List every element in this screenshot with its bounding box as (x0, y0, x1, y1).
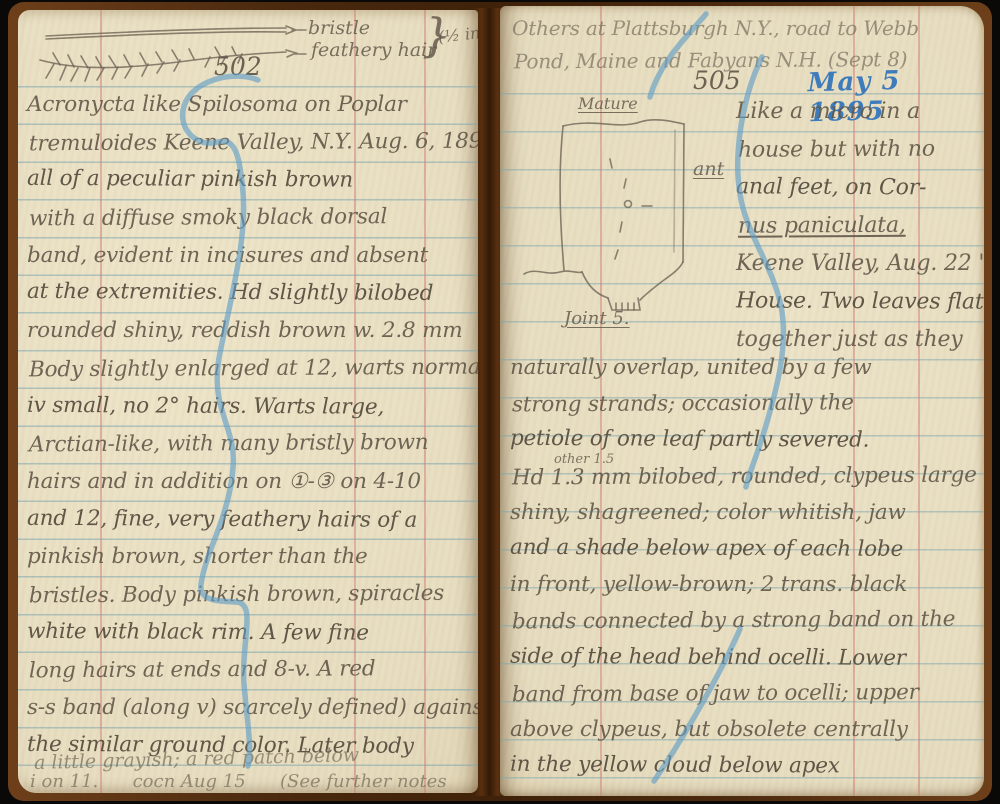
page-right: Others at Plattsburgh N.Y., road to Webb… (500, 6, 984, 796)
page-left: bristle feathery hair } (½ inch) 502 Acr… (18, 10, 478, 793)
handwriting-line: anal feet, on Cor- (736, 168, 984, 207)
handwriting-line: and 12, fine, very feathery hairs of a (27, 499, 478, 539)
page-number-502: 502 (214, 52, 262, 81)
handwriting-line: white with black rim. A few fine (27, 612, 478, 652)
right-page-text: naturally overlap, united by a fewstrong… (510, 350, 984, 784)
handwriting-line: rounded shiny, reddish brown w. 2.8 mm (27, 312, 478, 350)
page-number-505: 505 (693, 66, 741, 95)
handwriting-line: petiole of one leaf partly severed. (510, 421, 984, 460)
right-page-column-text: Like a micro in ahouse but with noanal f… (736, 93, 984, 359)
handwriting-line: band, evident in incisures and absent (27, 237, 478, 275)
handwriting-line: side of the head behind ocelli. Lower (510, 638, 984, 677)
notebook-scan: bristle feathery hair } (½ inch) 502 Acr… (0, 0, 1000, 804)
handwriting-line: at the extremities. Hd slightly bilobed (27, 273, 478, 313)
larva-joint-sketch (516, 104, 741, 339)
handwriting-line: iv small, no 2° hairs. Warts large, (27, 386, 478, 426)
handwriting-line: Body slightly enlarged at 12, warts norm… (29, 348, 478, 388)
handwriting-line: house but with no (738, 130, 984, 170)
handwriting-line: nus paniculata, (738, 206, 984, 246)
handwriting-line: bristles. Body pinkish brown, spiracles (29, 575, 478, 615)
handwriting-line: in the yellow cloud below apex (510, 747, 984, 786)
handwriting-line: and a shade below apex of each lobe (510, 530, 984, 569)
figure-label-joint5: Joint 5. (564, 308, 630, 329)
handwriting-line: band from base of jaw to ocelli; upper (512, 674, 984, 713)
handwriting-line: Keene Valley, Aug. 22 '9 (736, 245, 984, 283)
handwriting-line: House. Two leaves flat (736, 282, 984, 321)
cramped-bottom-line: i on 11. cocn Aug 15 (See further notes (30, 771, 447, 792)
handwriting-line: shiny, shagreened; color whitish, jaw (510, 495, 984, 531)
handwriting-line: Arctian-like, with many bristly brown (29, 424, 478, 464)
handwriting-line: Acronycta like Spilosoma on Poplar (27, 86, 478, 124)
handwriting-line: s-s band (along v) scarcely defined) aga… (27, 689, 478, 727)
handwriting-line: strong strands; occasionally the (512, 385, 984, 424)
handwriting-line: with a diffuse smoky black dorsal (29, 198, 478, 238)
handwriting-line: long hairs at ends and 8-v. A red (29, 650, 478, 690)
handwriting-line: Hd 1.3 mm bilobed, rounded, clypeus larg… (512, 457, 984, 496)
handwriting-line: Like a micro in a (736, 93, 984, 131)
handwriting-line: Others at Plattsburgh N.Y., road to Webb (512, 12, 982, 44)
handwriting-line: in front, yellow-brown; 2 trans. black (510, 567, 984, 603)
handwriting-line: all of a peculiar pinkish brown (27, 160, 478, 200)
left-page-text: Acronycta like Spilosoma on Poplartremul… (27, 86, 478, 764)
figure-label-feathery-hair: feathery hair (311, 39, 436, 61)
handwriting-line: bands connected by a strong band on the (512, 602, 984, 641)
handwriting-line: naturally overlap, united by a few (510, 350, 984, 386)
handwriting-line: pinkish brown, shorter than the (27, 538, 478, 576)
figure-label-ant: ant (693, 158, 724, 180)
handwriting-line: tremuloides Keene Valley, N.Y. Aug. 6, 1… (29, 122, 478, 162)
figure-label-bristle: bristle (308, 17, 370, 39)
handwriting-line: hairs and in addition on ①-③ on 4-10 (27, 463, 478, 501)
handwriting-line: above clypeus, but obsolete centrally (510, 712, 984, 748)
